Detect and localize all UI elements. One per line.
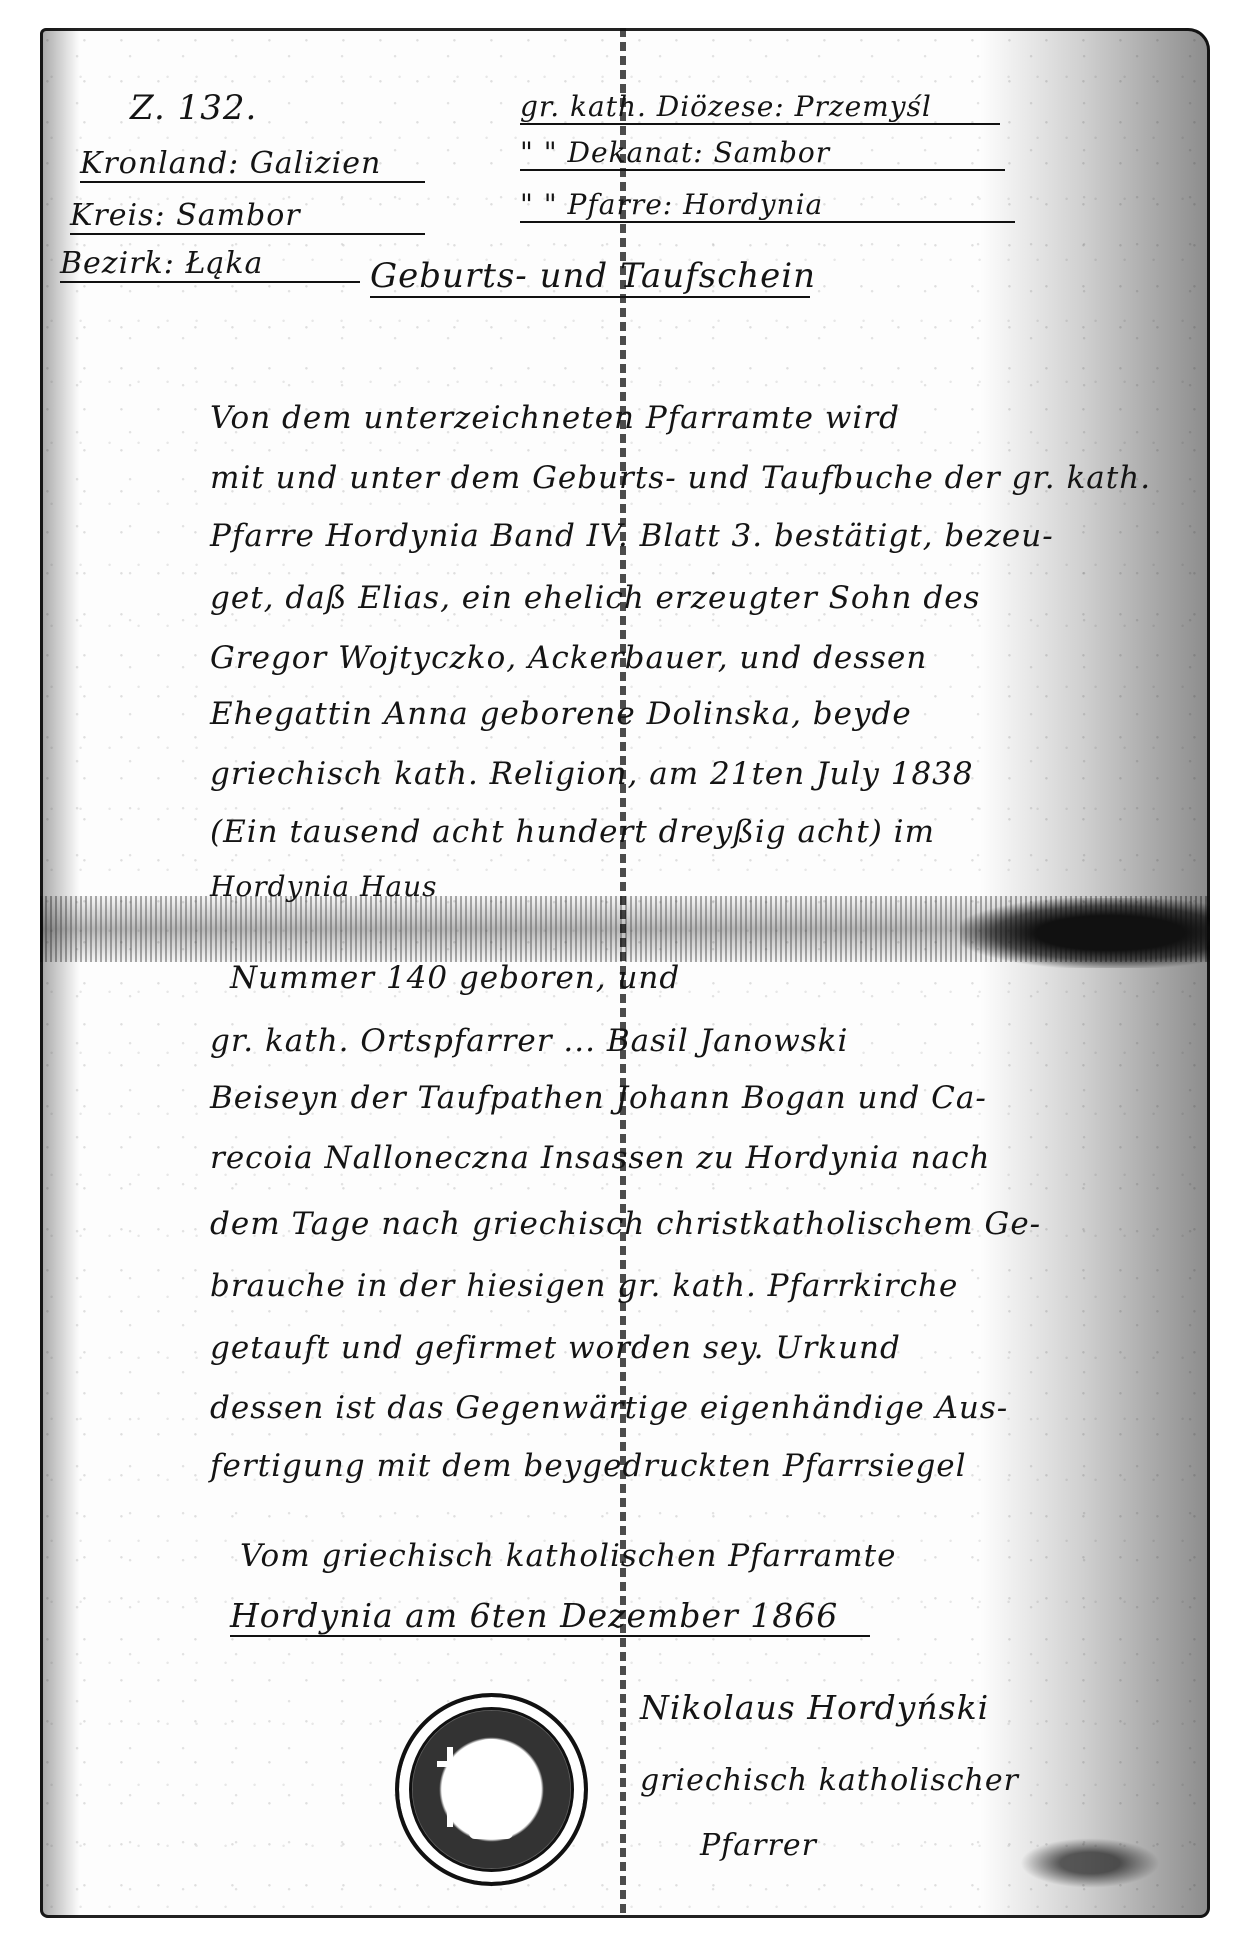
body-line-13: recoia Nalloneczna Insassen zu Hordynia … (210, 1140, 1200, 1176)
signature-title-1: griechisch katholischer (640, 1763, 1019, 1798)
signature-name: Nikolaus Hordyński (640, 1688, 989, 1727)
body-line-10: Nummer 140 geboren, und (230, 960, 1210, 996)
body-line-1: Von dem unterzeichneten Pfarramte wird (210, 400, 1200, 436)
body-line-8: (Ein tausend acht hundert dreyßig acht) … (210, 814, 1200, 850)
body-line-15: brauche in der hiesigen gr. kath. Pfarrk… (210, 1268, 1200, 1304)
body-line-11: gr. kath. Ortspfarrer ... Basil Janowski (210, 1023, 1200, 1059)
header-dekanat: " " Dekanat: Sambor (520, 136, 1005, 171)
left-edge-shadow (40, 28, 80, 1918)
header-kreis: Kreis: Sambor (70, 198, 425, 235)
place-and-date: Hordynia am 6ten Dezember 1866 (230, 1596, 870, 1637)
cross-icon (447, 1747, 453, 1827)
body-line-12: Beiseyn der Taufpathen Johann Bogan und … (210, 1080, 1200, 1116)
header-kronland: Kronland: Galizien (80, 146, 425, 183)
body-line-3: Pfarre Hordynia Band IV. Blatt 3. bestät… (210, 518, 1200, 554)
register-number: Z. 132. (130, 88, 257, 128)
body-line-18: fertigung mit dem beygedruckten Pfarrsie… (210, 1448, 1200, 1484)
issuing-office: Vom griechisch katholischen Pfarramte (240, 1538, 896, 1574)
parish-seal (395, 1693, 588, 1886)
body-line-4: get, daß Elias, ein ehelich erzeugter So… (210, 580, 1200, 616)
body-line-7: griechisch kath. Religion, am 21ten July… (210, 756, 1200, 792)
header-bezirk: Bezirk: Łąka (60, 246, 360, 283)
signature-title-2: Pfarrer (700, 1828, 817, 1863)
body-line-9: Hordynia Haus (210, 870, 1200, 903)
header-dioezese: gr. kath. Diözese: Przemyśl (520, 90, 1000, 125)
saint-figure-icon (469, 1739, 513, 1839)
body-line-17: dessen ist das Gegenwärtige eigenhändige… (210, 1390, 1200, 1426)
body-line-14: dem Tage nach griechisch christkatholisc… (210, 1206, 1200, 1242)
scanned-document: Z. 132. Kronland: Galizien Kreis: Sambor… (40, 28, 1210, 1918)
body-line-6: Ehegattin Anna geborene Dolinska, beyde (210, 696, 1200, 732)
body-line-16: getauft und gefirmet worden sey. Urkund (210, 1330, 1200, 1366)
header-pfarre: " " Pfarre: Hordynia (520, 188, 1015, 223)
body-line-5: Gregor Wojtyczko, Ackerbauer, und dessen (210, 640, 1200, 676)
body-line-2: mit und unter dem Geburts- und Taufbuche… (210, 460, 1200, 496)
document-title: Geburts- und Taufschein (370, 256, 810, 298)
paper-tear (960, 898, 1210, 968)
signature-flourish (1020, 1838, 1160, 1888)
